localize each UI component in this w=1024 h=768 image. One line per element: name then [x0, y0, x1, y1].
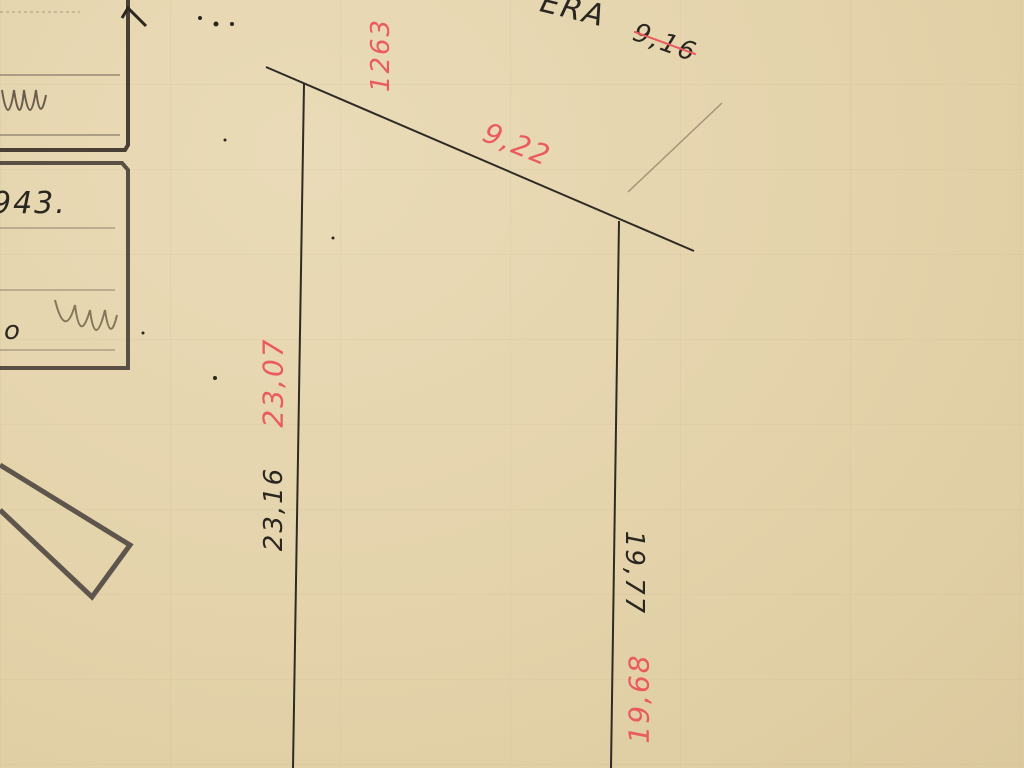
signature-top [2, 90, 46, 110]
dots [142, 16, 335, 380]
left-box-number: 943. [0, 186, 67, 221]
plan-drawing [0, 0, 1024, 768]
right-side-measure-black: 19,77 [619, 531, 649, 615]
pencil-construction-line [628, 103, 722, 192]
left-side-measure-red: 23,07 [257, 337, 290, 427]
diagonal-strip [0, 465, 130, 597]
corner-mark [122, 8, 146, 26]
right-side-measure-red: 19,68 [623, 653, 656, 743]
left-box-top [0, 0, 128, 150]
left-side-measure-black: 23,16 [259, 467, 289, 551]
left-box-bottom-fragment: o [4, 316, 22, 346]
signature-bottom [55, 300, 117, 330]
front-measure-red-top: 1263 [366, 18, 396, 92]
